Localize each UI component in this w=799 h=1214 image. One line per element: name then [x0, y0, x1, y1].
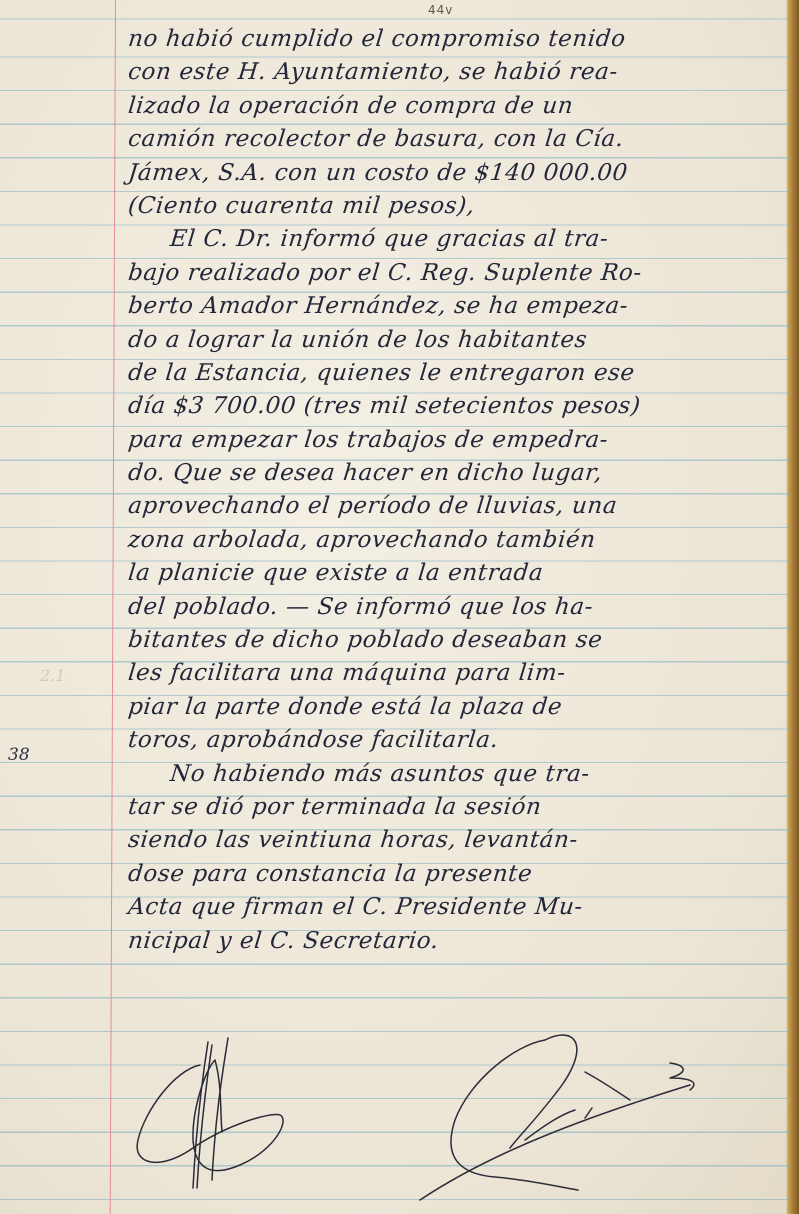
folio-number: 44v [428, 3, 453, 17]
text-line: El C. Dr. informó que gracias al tra- [126, 224, 790, 257]
text-line: Jámex, S.A. con un costo de $140 000.00 [126, 158, 790, 191]
text-line: para empezar los trabajos de empedra- [126, 425, 790, 458]
text-line: do. Que se desea hacer en dicho lugar, [126, 458, 790, 491]
text-line: con este H. Ayuntamiento, se habió rea- [126, 57, 790, 90]
text-line: de la Estancia, quienes le entregaron es… [126, 358, 790, 391]
text-line: Acta que firman el C. Presidente Mu- [126, 892, 790, 925]
text-line: do a lograr la unión de los habitantes [126, 325, 790, 358]
text-line: No habiendo más asuntos que tra- [126, 759, 790, 792]
text-line: del poblado. — Se informó que los ha- [126, 592, 790, 625]
text-line: la planicie que existe a la entrada [126, 558, 790, 591]
text-line: bajo realizado por el C. Reg. Suplente R… [126, 258, 790, 291]
text-line: aprovechando el período de lluvias, una [126, 491, 790, 524]
text-line: tar se dió por terminada la sesión [126, 792, 790, 825]
text-line: berto Amador Hernández, se ha empeza- [126, 291, 790, 324]
text-line: día $3 700.00 (tres mil setecientos peso… [126, 391, 790, 424]
text-line: toros, aprobándose facilitarla. [126, 725, 790, 758]
text-line: no habió cumplido el compromiso tenido [126, 24, 790, 57]
text-line: piar la parte donde está la plaza de [126, 692, 790, 725]
text-line: zona arbolada, aprovechando también [126, 525, 790, 558]
margin-note-number: 38 [8, 745, 30, 765]
text-line: les facilitara una máquina para lim- [126, 658, 790, 691]
faint-margin-mark: 2.1 [40, 666, 65, 685]
text-line: nicipal y el C. Secretario. [126, 926, 790, 959]
text-line: (Ciento cuarenta mil pesos), [126, 191, 790, 224]
text-line: camión recolector de basura, con la Cía. [126, 124, 790, 157]
text-line: lizado la operación de compra de un [126, 91, 790, 124]
text-line: siendo las veintiuna horas, levantán- [126, 825, 790, 858]
text-line: bitantes de dicho poblado deseaban se [126, 625, 790, 658]
ledger-page: 44v 2.1 38 no habió cumplido el compromi… [0, 0, 799, 1214]
signature-presidente-icon [137, 1038, 283, 1188]
signature-block [0, 1000, 799, 1214]
signature-secretario-icon [420, 1035, 694, 1200]
text-line: dose para constancia la presente [126, 859, 790, 892]
handwritten-body: no habió cumplido el compromiso tenido c… [128, 24, 788, 959]
